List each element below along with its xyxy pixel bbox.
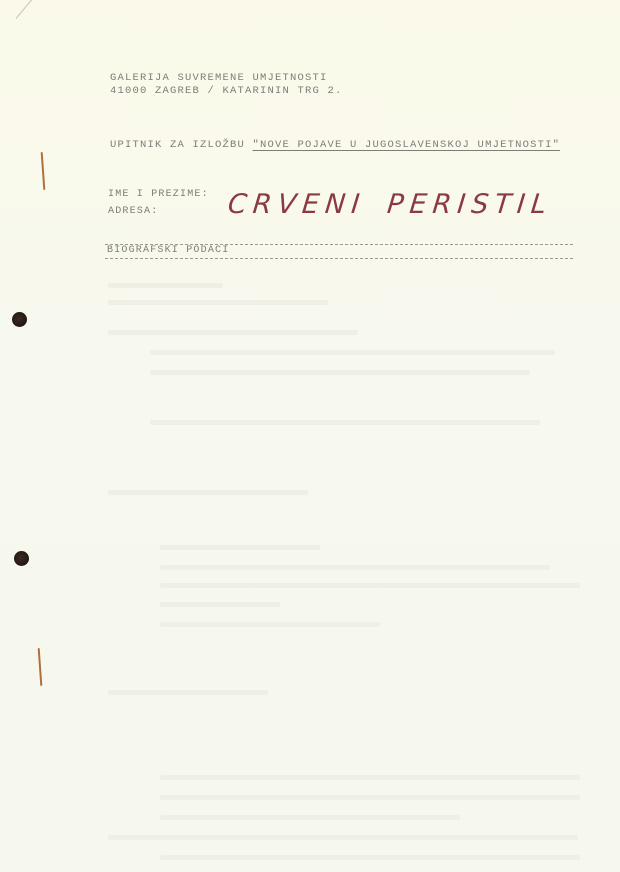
handwritten-name: CRVENIPERISTIL — [226, 189, 553, 220]
institution-name: GALERIJA SUVREMENE UMJETNOSTI — [110, 72, 328, 84]
punch-hole — [12, 312, 27, 327]
questionnaire-title: UPITNIK ZA IZLOŽBU "NOVE POJAVE U JUGOSL… — [110, 139, 560, 151]
institution-address: 41000 ZAGREB / KATARININ TRG 2. — [110, 85, 343, 97]
questionnaire-title-prefix: UPITNIK ZA IZLOŽBU — [110, 139, 253, 151]
margin-mark — [38, 648, 43, 686]
handwritten-word-1: CRVENI — [226, 189, 367, 220]
pencil-mark — [16, 0, 36, 19]
address-label: ADRESA: — [108, 206, 158, 217]
section-rule-bottom — [105, 258, 573, 259]
section-heading-biographical-data: BIOGRAFSKI PODACI — [107, 245, 229, 256]
exhibition-name: "NOVE POJAVE U JUGOSLAVENSKOJ UMJETNOSTI… — [253, 139, 561, 151]
scanned-document-page: GALERIJA SUVREMENE UMJETNOSTI 41000 ZAGR… — [0, 0, 620, 872]
name-label: IME I PREZIME: — [108, 189, 209, 200]
punch-hole — [14, 551, 29, 566]
handwritten-word-2: PERISTIL — [386, 189, 554, 220]
margin-mark — [41, 152, 46, 190]
